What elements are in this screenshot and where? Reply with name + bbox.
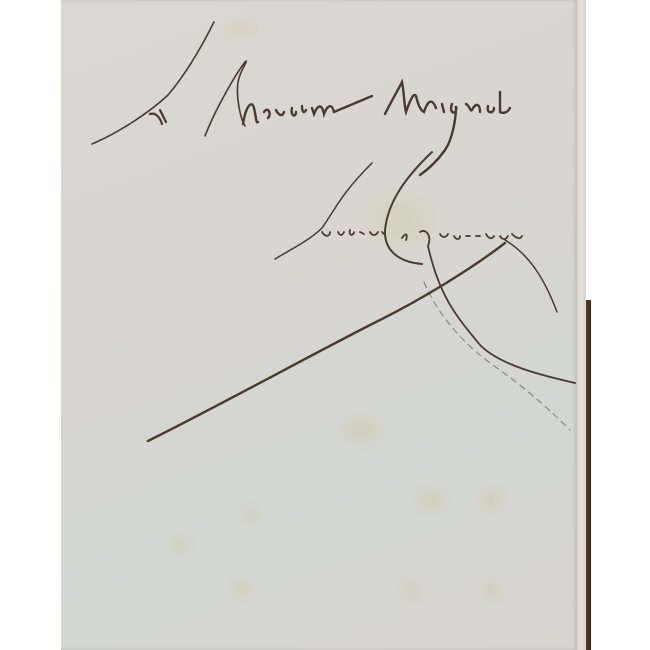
word-monsieur bbox=[243, 96, 372, 124]
signature-underline-stroke bbox=[148, 243, 505, 441]
letter-a-stroke bbox=[92, 22, 214, 144]
handwriting bbox=[0, 0, 650, 650]
signature-flourish-a bbox=[275, 163, 372, 259]
signature-arsene bbox=[322, 230, 384, 236]
signature-h-loop bbox=[385, 152, 432, 264]
letter-a-crossbar bbox=[150, 110, 166, 124]
word-mignet bbox=[385, 82, 510, 175]
letter-m-stroke bbox=[205, 61, 246, 136]
signature-faint-dashes bbox=[424, 282, 570, 430]
signature-right-curve bbox=[505, 240, 557, 312]
